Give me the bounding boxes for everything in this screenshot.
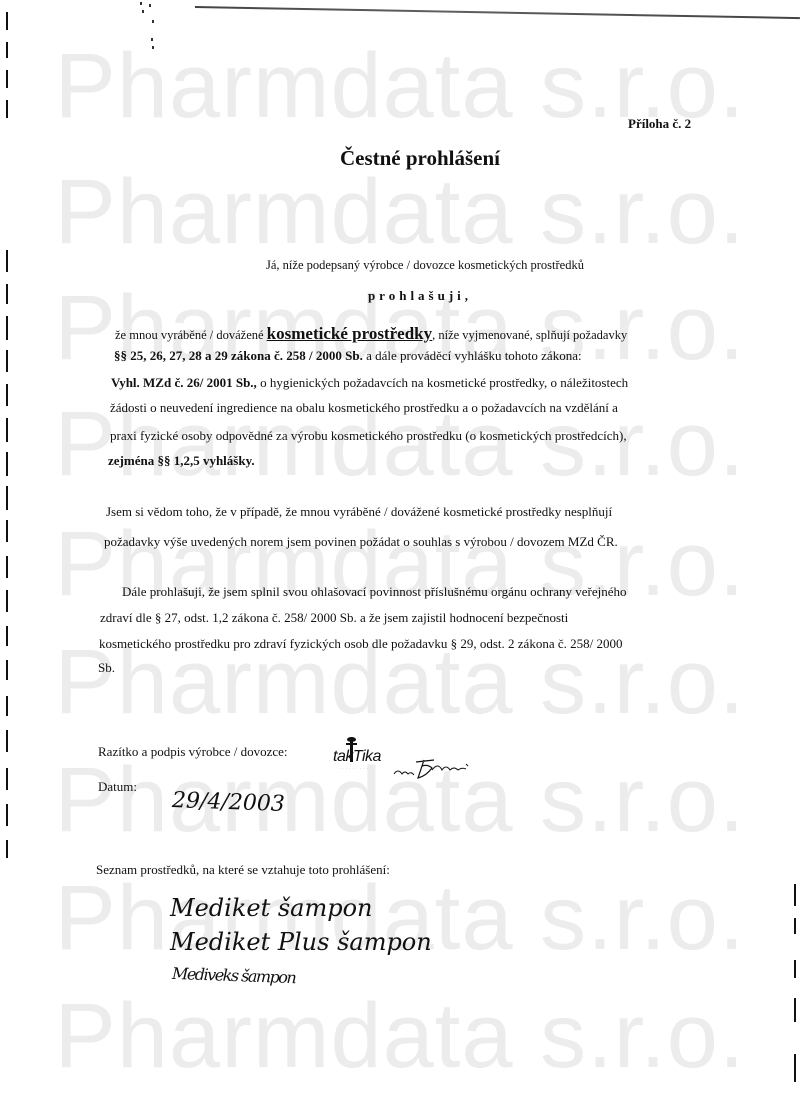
paragraph-2-line-1: Jsem si vědom toho, že v případě, že mno… <box>106 504 612 520</box>
paragraph-1-line-5: praxi fyzické osoby odpovědné za výrobu … <box>110 428 627 444</box>
text: že mnou vyráběné / dovážené <box>115 328 264 342</box>
date-value: 29/4/2003 <box>172 788 286 817</box>
document-title: Čestné prohlášení <box>0 146 800 171</box>
stamp-logo-subtext: . . . . . . . . . <box>339 766 369 770</box>
paragraph-1-line-6: zejména §§ 1,2,5 vyhlášky. <box>108 453 255 469</box>
paragraph-1-line-2: §§ 25, 26, 27, 28 a 29 zákona č. 258 / 2… <box>114 348 582 364</box>
text: a dále prováděcí vyhlášku tohoto zákona: <box>363 348 582 363</box>
scan-artifact-line <box>195 6 800 19</box>
scan-specks <box>140 2 160 52</box>
paragraph-1-line-4: žádosti o neuvedení ingredience na obalu… <box>110 400 618 416</box>
paragraph-3-line-3: kosmetického prostředku pro zdraví fyzic… <box>99 636 622 652</box>
attachment-label: Příloha č. 2 <box>628 116 691 132</box>
watermark: Pharmdata s.r.o. <box>0 990 800 1082</box>
product-item: Mediket Plus šampon <box>170 928 432 956</box>
emphasis-cosmetic-products: kosmetické prostředky <box>267 324 432 343</box>
date-label: Datum: <box>98 779 137 795</box>
paragraph-1-line-3: Vyhl. MZd č. 26/ 2001 Sb., o hygienickýc… <box>111 375 628 391</box>
paragraph-1-line-1: že mnou vyráběné / dovážené kosmetické p… <box>115 324 627 344</box>
paragraph-3-line-1: Dále prohlašuji, že jsem splnil svou ohl… <box>122 584 627 600</box>
scan-right-edge <box>794 880 798 1100</box>
paragraph-3-line-2: zdraví dle § 27, odst. 1,2 zákona č. 258… <box>100 610 568 626</box>
decree-reference: Vyhl. MZd č. 26/ 2001 Sb., <box>111 375 257 390</box>
scan-left-edge <box>6 0 10 1100</box>
product-item: Mediket šampon <box>170 894 373 922</box>
product-item: Mediveks šampon <box>172 964 296 987</box>
cross-icon <box>350 740 353 762</box>
paragraph-3-line-4: Sb. <box>98 660 115 676</box>
stamp-label: Razítko a podpis výrobce / dovozce: <box>98 744 288 760</box>
declare-word: prohlašuji, <box>0 288 800 304</box>
text: o hygienických požadavcích na kosmetické… <box>257 375 628 390</box>
signature <box>392 756 472 787</box>
intro-line: Já, níže podepsaný výrobce / dovozce kos… <box>0 258 800 273</box>
watermark: Pharmdata s.r.o. <box>0 166 800 258</box>
paragraph-2-line-2: požadavky výše uvedených norem jsem povi… <box>104 534 618 550</box>
stamp-logo-text: takTika <box>333 748 381 765</box>
law-reference: §§ 25, 26, 27, 28 a 29 zákona č. 258 / 2… <box>114 348 363 363</box>
product-list-label: Seznam prostředků, na které se vztahuje … <box>96 862 390 878</box>
text: , níže vyjmenované, splňují požadavky <box>432 328 627 342</box>
company-stamp-logo: takTika . . . . . . . . . <box>333 748 381 766</box>
